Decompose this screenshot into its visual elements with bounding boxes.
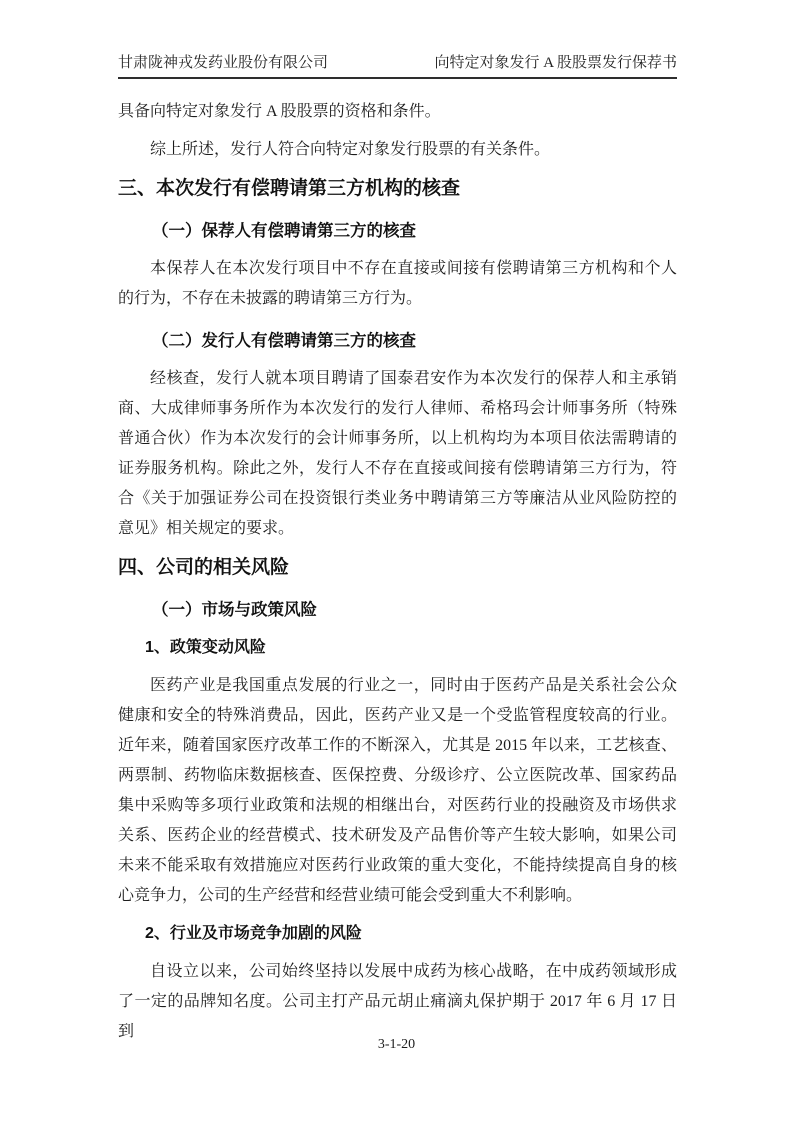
heading-section-4: 四、公司的相关风险 — [118, 553, 677, 583]
page-number: 3-1-20 — [0, 1036, 793, 1054]
paragraph-sponsor-third-party-check: 本保荐人在本次发行项目中不存在直接或间接有偿聘请第三方机构和个人的行为，不存在未… — [118, 254, 677, 314]
header-doc-title: 向特定对象发行 A 股股票发行保荐书 — [434, 54, 677, 72]
heading-section-3-1: （一）保荐人有偿聘请第三方的核查 — [118, 216, 677, 246]
heading-risk-market-competition: 2、行业及市场竞争加剧的风险 — [118, 919, 677, 949]
document-page: 甘肃陇神戎发药业股份有限公司 向特定对象发行 A 股股票发行保荐书 具备向特定对… — [0, 0, 793, 1122]
heading-section-3-2: （二）发行人有偿聘请第三方的核查 — [118, 326, 677, 356]
paragraph-issuer-third-party-check: 经核查，发行人就本项目聘请了国泰君安作为本次发行的保荐人和主承销商、大成律师事务… — [118, 364, 677, 544]
document-body: 具备向特定对象发行 A 股股票的资格和条件。 综上所述，发行人符合向特定对象发行… — [118, 79, 677, 1047]
page-header: 甘肃陇神戎发药业股份有限公司 向特定对象发行 A 股股票发行保荐书 — [118, 0, 677, 79]
header-company-name: 甘肃陇神戎发药业股份有限公司 — [118, 54, 328, 72]
heading-section-3: 三、本次发行有偿聘请第三方机构的核查 — [118, 174, 677, 204]
paragraph-summary: 综上所述，发行人符合向特定对象发行股票的有关条件。 — [118, 135, 677, 165]
paragraph-policy-change-risk: 医药产业是我国重点发展的行业之一，同时由于医药产品是关系社会公众健康和安全的特殊… — [118, 671, 677, 911]
paragraph-eligibility-carryover: 具备向特定对象发行 A 股股票的资格和条件。 — [118, 97, 677, 127]
heading-section-4-1: （一）市场与政策风险 — [118, 595, 677, 625]
heading-risk-policy-change: 1、政策变动风险 — [118, 633, 677, 663]
paragraph-market-competition-risk: 自设立以来，公司始终坚持以发展中成药为核心战略，在中成药领域形成了一定的品牌知名… — [118, 957, 677, 1047]
